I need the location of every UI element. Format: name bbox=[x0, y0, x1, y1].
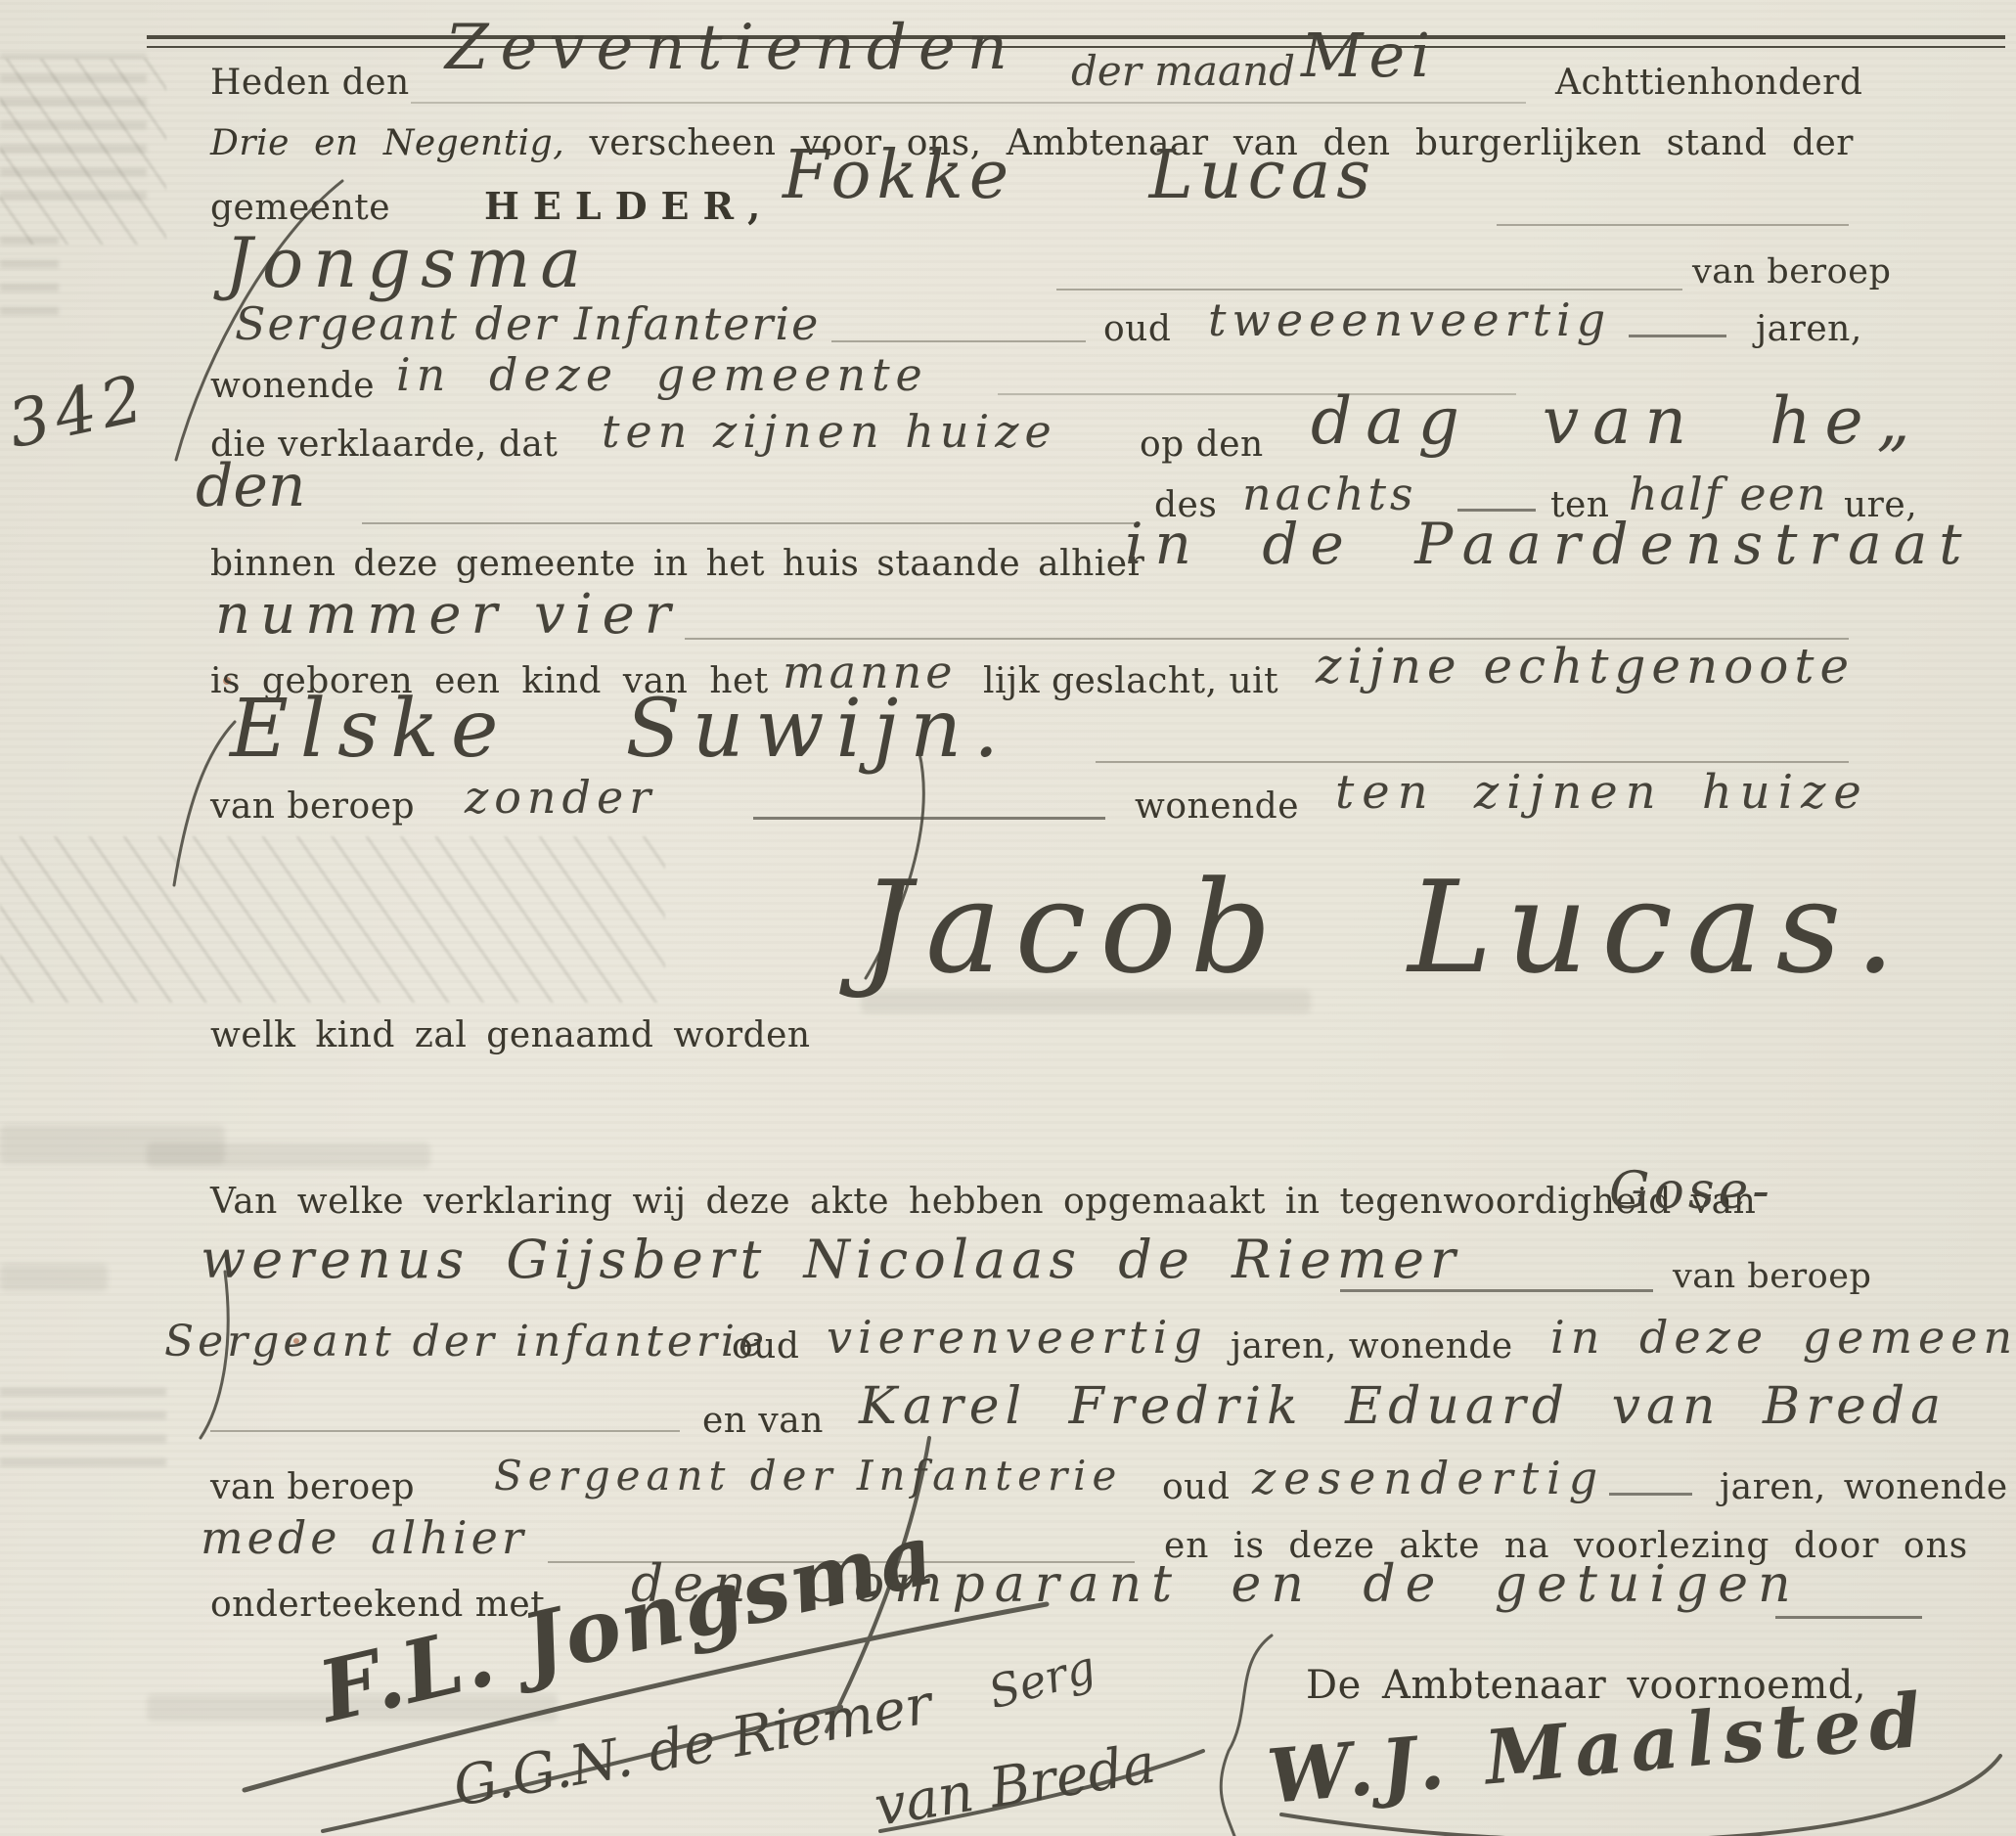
signature-declarant-rank: Serg bbox=[983, 1640, 1100, 1720]
hw-birth-location-phrase: ten zijnen huize bbox=[602, 405, 1057, 458]
printed-oud: oud bbox=[1103, 309, 1171, 349]
hw-der-maand: der maand bbox=[1071, 47, 1295, 95]
entry-line bbox=[210, 1430, 680, 1432]
bleed-through bbox=[0, 1374, 166, 1482]
bleed-through bbox=[0, 1264, 108, 1291]
printed-gemeente-name: HELDER, bbox=[484, 184, 774, 228]
entry-line bbox=[411, 102, 1526, 104]
hw-street: in de Paardenstraat bbox=[1125, 511, 1974, 577]
entry-line bbox=[1497, 224, 1849, 226]
hw-witness2-occupation: Sergeant der Infanterie bbox=[494, 1452, 1122, 1500]
hw-birth-date-part2: den bbox=[196, 452, 306, 520]
pencil-hatching bbox=[0, 59, 166, 245]
hw-declarant-first-names: Fokke Lucas bbox=[783, 137, 1376, 214]
printed-binnen-line: binnen deze gemeente in het huis staande… bbox=[210, 544, 1144, 584]
printed-en-van: en van bbox=[702, 1401, 824, 1441]
hw-mother-occupation: zonder bbox=[465, 771, 656, 824]
printed-oud-w1: oud bbox=[732, 1326, 799, 1366]
printed-wonende-mother: wonende bbox=[1135, 786, 1299, 827]
hw-day-of-month: Zeventienden bbox=[445, 12, 1019, 84]
hw-declarant-occupation: Sergeant der Infanterie bbox=[235, 297, 820, 350]
printed-op-den: op den bbox=[1140, 425, 1264, 465]
hw-witness1-age: vierenveertig bbox=[827, 1311, 1208, 1364]
hw-witness1-residence: in deze gemeente bbox=[1550, 1311, 2016, 1364]
birth-certificate-scan: 342 Heden den Zeventienden der maand Mei… bbox=[0, 0, 2016, 1836]
pen-dash bbox=[1775, 1616, 1922, 1619]
hw-mother-relation: zijne echtgenoote bbox=[1316, 638, 1855, 694]
hw-witness1-name-part2: werenus Gijsbert Nicolaas de Riemer bbox=[201, 1229, 1461, 1290]
printed-van-beroep: van beroep bbox=[1692, 252, 1891, 291]
pen-dash bbox=[753, 817, 1105, 820]
entry-line bbox=[1096, 761, 1849, 763]
hw-declarant-residence: in deze gemeente bbox=[396, 348, 928, 401]
hw-mother-name: Elske Suwijn. bbox=[230, 683, 1010, 776]
hw-witness2-residence: mede alhier bbox=[201, 1511, 527, 1564]
printed-jaren-wonende-w1: jaren, wonende bbox=[1231, 1326, 1513, 1366]
hw-month: Mei bbox=[1301, 20, 1436, 91]
printed-oud-w2: oud bbox=[1162, 1467, 1230, 1507]
printed-year-words: Drie en Negentig, bbox=[210, 123, 564, 163]
hw-child-name: Jacob Lucas. bbox=[861, 853, 1909, 1002]
bleed-through bbox=[147, 1142, 430, 1168]
pencil-hatching bbox=[0, 836, 665, 1003]
printed-heden-den: Heden den bbox=[210, 63, 410, 103]
printed-geboren-post: lijk geslacht, uit bbox=[983, 661, 1278, 701]
hw-mother-residence: ten zijnen huize bbox=[1335, 765, 1869, 820]
printed-jaren-wonende-w2: jaren, wonende bbox=[1720, 1467, 2008, 1507]
printed-achttienhonderd: Achttienhonderd bbox=[1555, 63, 1862, 103]
hw-birth-date-part1: dag van he„ bbox=[1311, 383, 1924, 459]
pen-dash bbox=[1629, 335, 1726, 337]
entry-line bbox=[831, 340, 1086, 342]
pen-dash bbox=[1609, 1493, 1692, 1496]
hw-declarant-age: tweeenveertig bbox=[1208, 293, 1611, 346]
printed-van-beroep-w1: van beroep bbox=[1673, 1257, 1871, 1296]
entry-line bbox=[362, 522, 1135, 524]
printed-van-beroep-w2: van beroep bbox=[210, 1467, 415, 1507]
printed-naming-label: welk kind zal genaamd worden bbox=[210, 1015, 811, 1055]
hw-witness1-occupation: Sergeant der infanterie bbox=[164, 1317, 768, 1366]
hw-declarant-surname: Jongsma bbox=[225, 223, 591, 303]
signature-witness2: van Breda bbox=[871, 1732, 1160, 1836]
printed-van-beroep-mother: van beroep bbox=[210, 786, 415, 827]
act-number: 342 bbox=[2, 360, 156, 463]
hw-witness1-name-part1: Gose- bbox=[1609, 1162, 1773, 1221]
printed-jaren: jaren, bbox=[1756, 309, 1862, 349]
entry-line bbox=[1056, 289, 1682, 291]
hw-witness2-name: Karel Fredrik Eduard van Breda bbox=[859, 1377, 1947, 1436]
hw-witness2-age: zesendertig bbox=[1252, 1452, 1605, 1504]
pen-dash bbox=[1340, 1289, 1653, 1292]
printed-wonende: wonende bbox=[210, 366, 375, 406]
hw-house-number: nummer vier bbox=[215, 583, 681, 647]
printed-gemeente: gemeente bbox=[210, 188, 390, 228]
printed-witness-intro: Van welke verklaring wij deze akte hebbe… bbox=[210, 1182, 1756, 1222]
